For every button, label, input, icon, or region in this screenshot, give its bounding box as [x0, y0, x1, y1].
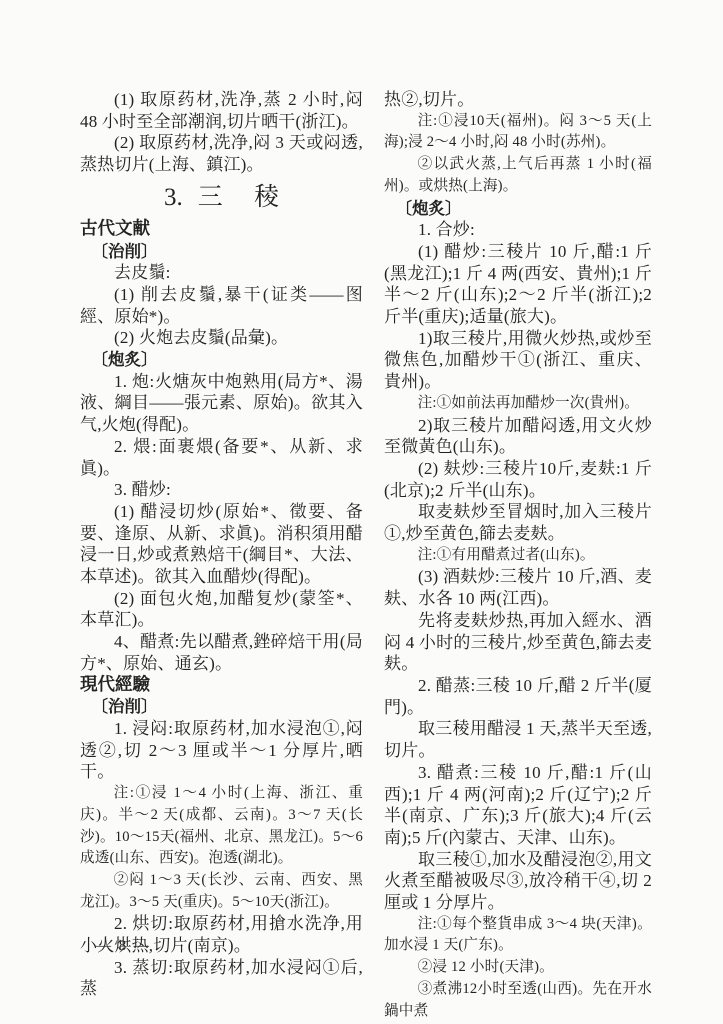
paragraph: 取麦麸炒至冒烟时,加入三稜片①,炒至黄色,篩去麦麸。: [384, 501, 652, 544]
note-paragraph: 注:①每个整貨串成 3～4 块(天津)。加水浸 1 天(广东)。: [384, 914, 652, 957]
paragraph: (3) 酒麸炒:三稜片 10 斤,酒、麦麸、水各 10 两(江西)。: [384, 566, 652, 609]
section-title: 3.三稜: [80, 183, 363, 213]
heading-ancient-literature: 古代文献: [80, 219, 363, 241]
bracket-heading-paozhi: 〔炮炙〕: [80, 349, 363, 371]
paragraph: 去皮鬚:: [80, 262, 363, 284]
bracket-heading-paozhi: 〔炮炙〕: [384, 198, 652, 220]
paragraph: (2) 面包火炮,加醋复炒(蒙筌*、本草汇)。: [80, 588, 363, 631]
heading-modern-experience: 現代經驗: [80, 675, 363, 697]
paragraph: 1)取三稜片,用微火炒热,或炒至微焦色,加醋炒干①(浙江、重庆、貴州)。: [384, 328, 652, 393]
paragraph: (1) 醋炒:三稜片 10 斤,醋:1 斤(黑龙江);1 斤 4 两(西安、貴州…: [384, 241, 652, 328]
scanned-book-page: (1) 取原药材,洗净,蒸 2 小时,闷 48 小时至全部潮润,切片晒干(浙江)…: [0, 0, 723, 1024]
bracket-heading-zhixiao: 〔治削〕: [80, 696, 363, 718]
paragraph: 1. 浸闷:取原药材,加水浸泡①,闷透②,切 2～3 厘或半～1 分厚片,晒干。: [80, 718, 363, 783]
note-paragraph: 注:①浸10天(福州)。闷 3～5 天(上海);浸 2～4 小时,闷 48 小时…: [384, 111, 652, 154]
section-name: 三稜: [198, 184, 311, 211]
paragraph: (1) 削去皮鬚,暴干(证类——图經、原始*)。: [80, 284, 363, 327]
paragraph: 2. 煨:面裹煨(备要*、从新、求眞)。: [80, 436, 363, 479]
note-paragraph: 注:①浸 1～4 小时(上海、浙江、重庆)。半～2 天(成都、云南)。3～7 天…: [80, 783, 363, 870]
bracket-heading-zhixiao: 〔治削〕: [80, 241, 363, 263]
paragraph: 3. 醋炒:: [80, 479, 363, 501]
paragraph: 取三稜用醋浸 1 天,蒸半天至透,切片。: [384, 718, 652, 761]
paragraph: 3. 蒸切:取原药材,加水浸闷①后,蒸: [80, 957, 363, 1000]
paragraph: 先将麦麸炒热,再加入經水、酒闷 4 小时的三稜片,炒至黄色,篩去麦麸。: [384, 610, 652, 675]
page-number: — 8 —: [96, 938, 151, 955]
note-paragraph: ②以武火蒸,上气后再蒸 1 小时(福州)。或烘热(上海)。: [384, 154, 652, 197]
paragraph: (2) 麸炒:三稜片10斤,麦麸:1 斤(北京);2 斤半(山东)。: [384, 458, 652, 501]
paragraph: 1. 合炒:: [384, 219, 652, 241]
paragraph: (1) 取原药材,洗净,蒸 2 小时,闷 48 小时至全部潮润,切片晒干(浙江)…: [80, 89, 363, 132]
note-paragraph: 注:①有用醋煮过者(山东)。: [384, 545, 652, 567]
paragraph: 取三稜①,加水及醋浸泡②,用文火煮至醋被吸尽③,放冷稍干④,切 2 厘或 1 分…: [384, 849, 652, 914]
note-paragraph: 注:①如前法再加醋炒一次(貴州)。: [384, 393, 652, 415]
section-number: 3.: [164, 184, 183, 211]
paragraph: (2) 取原药材,洗净,闷 3 天或闷透,蒸热切片(上海、鎮江)。: [80, 132, 363, 175]
paragraph: 1. 炮:火煻灰中炮熟用(局方*、湯液、綱目——張元素、原始)。欲其入气,火炮(…: [80, 371, 363, 436]
paragraph: (1) 醋浸切炒(原始*、徵要、备要、逢原、从新、求眞)。消积須用醋浸一日,炒或…: [80, 501, 363, 588]
paragraph: 3. 醋煮:三稜 10 斤,醋:1 斤(山西);1 斤 4 两(河南);2 斤(…: [384, 762, 652, 849]
paragraph-continuation: 热②,切片。: [384, 89, 652, 111]
note-paragraph: ②浸 12 小时(天津)。: [384, 957, 652, 979]
paragraph: (2) 火炮去皮鬚(品彙)。: [80, 327, 363, 349]
note-paragraph: ②闷 1～3 天(长沙、云南、西安、黑龙江)。3～5 天(重庆)。5～10天(浙…: [80, 870, 363, 913]
text-column-right: 热②,切片。 注:①浸10天(福州)。闷 3～5 天(上海);浸 2～4 小时,…: [384, 89, 652, 1022]
note-paragraph: ③煮沸12小时至透(山西)。先在开水鍋中煮: [384, 979, 652, 1022]
paragraph: 2)取三稜片加醋闷透,用文火炒至微黃色(山东)。: [384, 415, 652, 458]
text-column-left: (1) 取原药材,洗净,蒸 2 小时,闷 48 小时至全部潮润,切片晒干(浙江)…: [80, 89, 363, 1000]
paragraph: 2. 醋蒸:三稜 10 斤,醋 2 斤半(厦門)。: [384, 675, 652, 718]
paragraph: 4、醋煮:先以醋煮,銼碎焙干用(局方*、原始、通玄)。: [80, 631, 363, 674]
